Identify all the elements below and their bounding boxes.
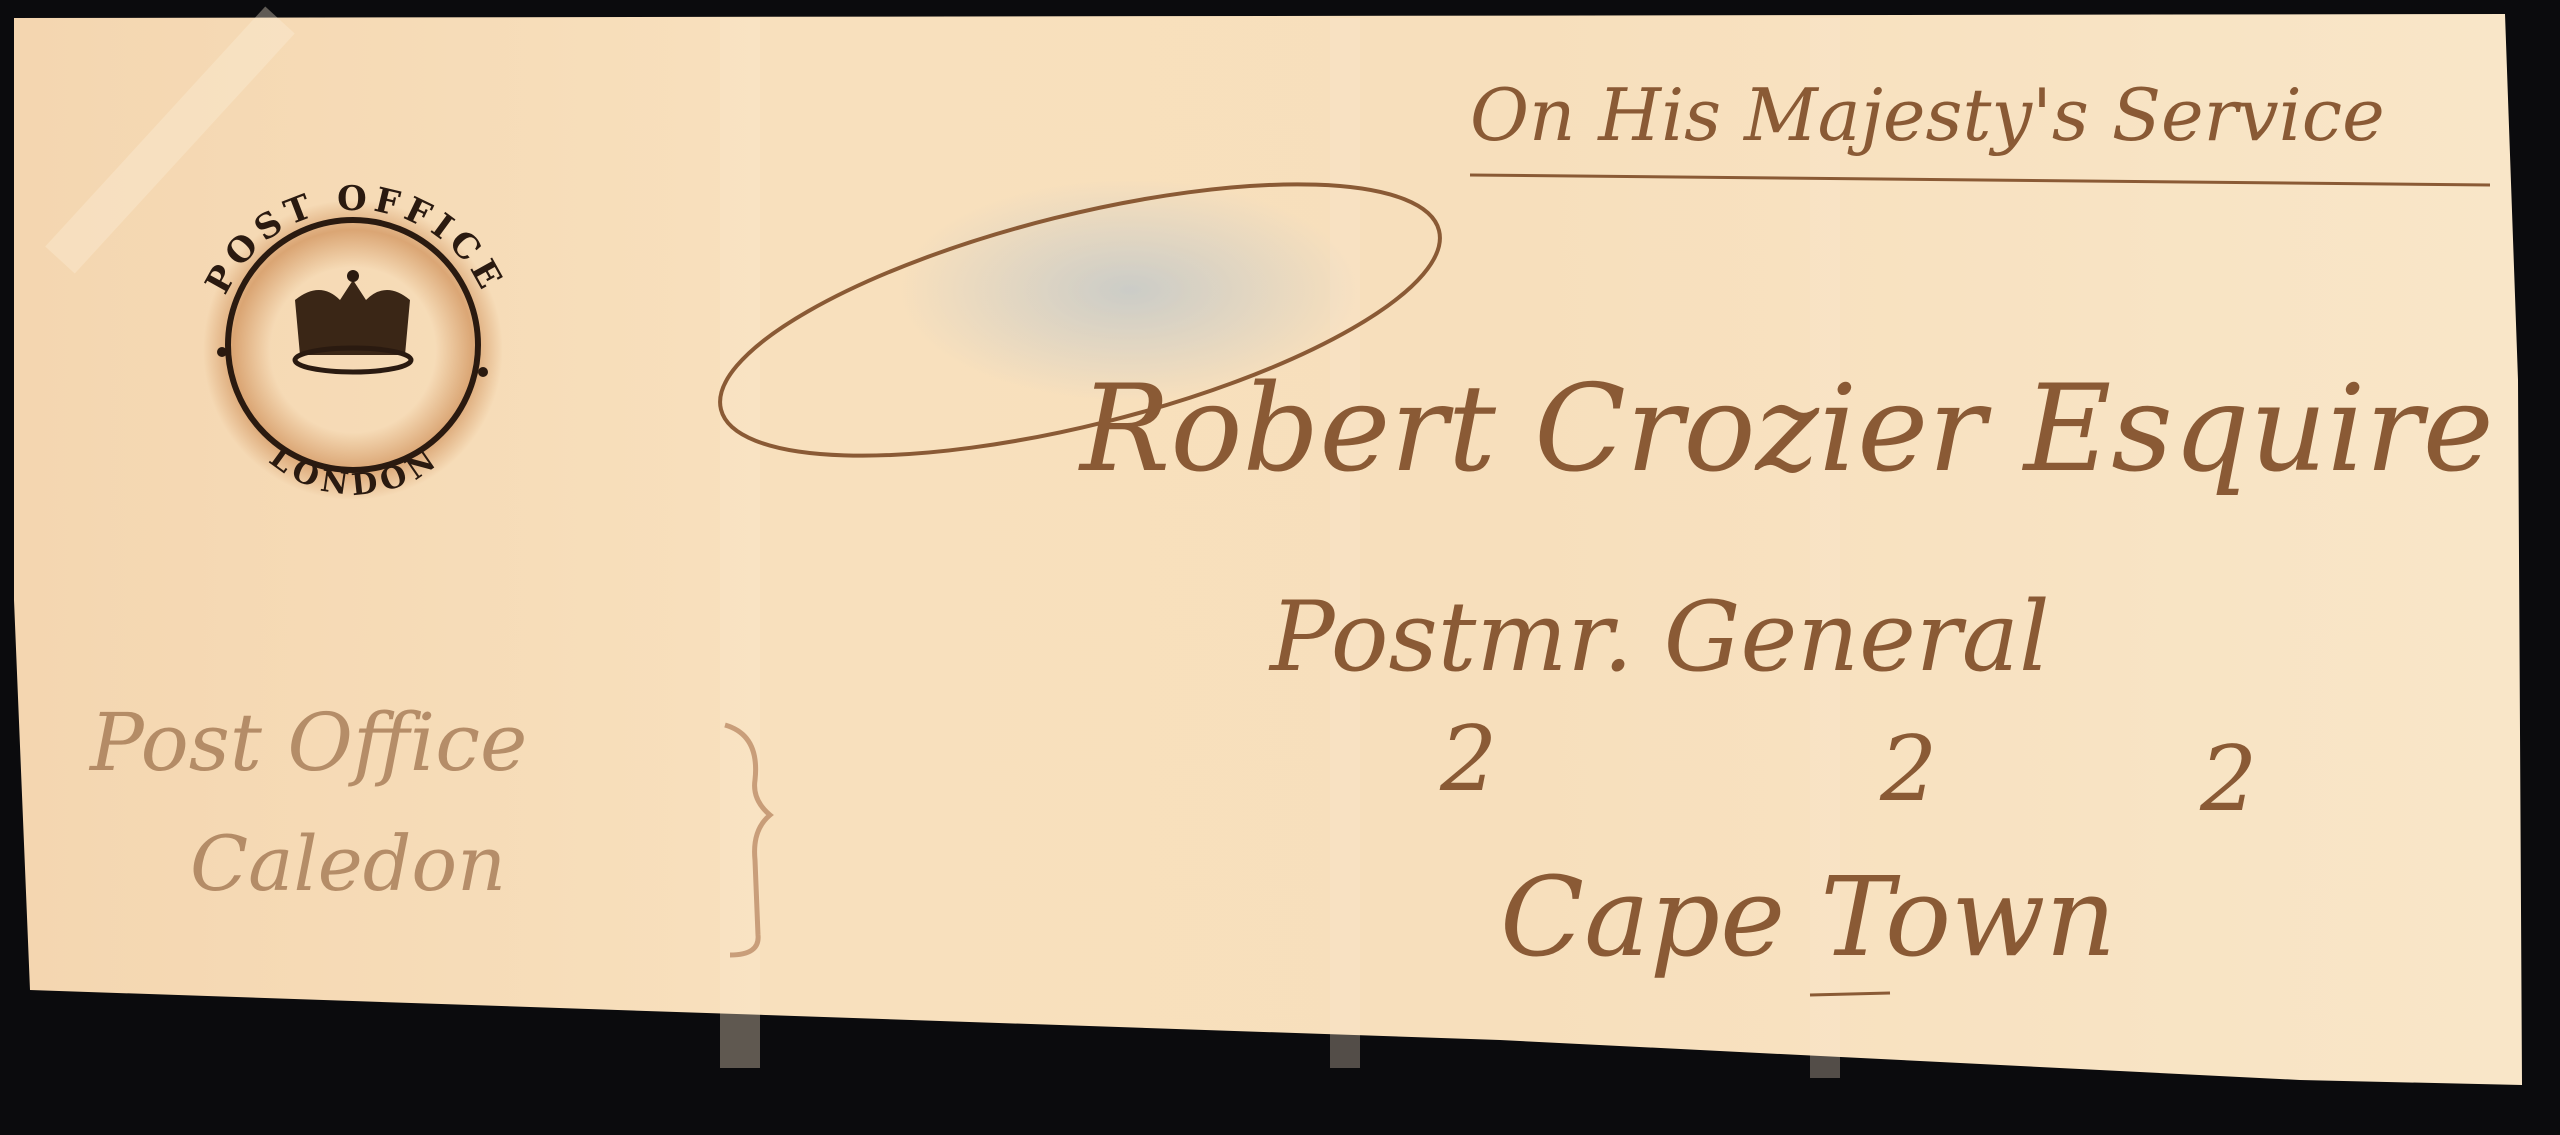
postal-cover: POST OFFICE LONDON On His Majesty's Serv… (0, 0, 2560, 1135)
destination-city: Cape Town (1500, 853, 2116, 981)
paper-sheet (14, 14, 2522, 1085)
endorsement: On His Majesty's Service (1470, 73, 2385, 157)
addressee-title: Postmr. General (1268, 581, 2050, 693)
svg-text:2: 2 (2199, 727, 2257, 832)
svg-text:Caledon: Caledon (190, 819, 506, 908)
addressee-name: Robert Crozier Esquire (1078, 360, 2494, 499)
svg-text:2: 2 (1879, 717, 1937, 822)
svg-text:Post Office: Post Office (88, 696, 527, 789)
svg-text:2: 2 (1439, 707, 1497, 812)
